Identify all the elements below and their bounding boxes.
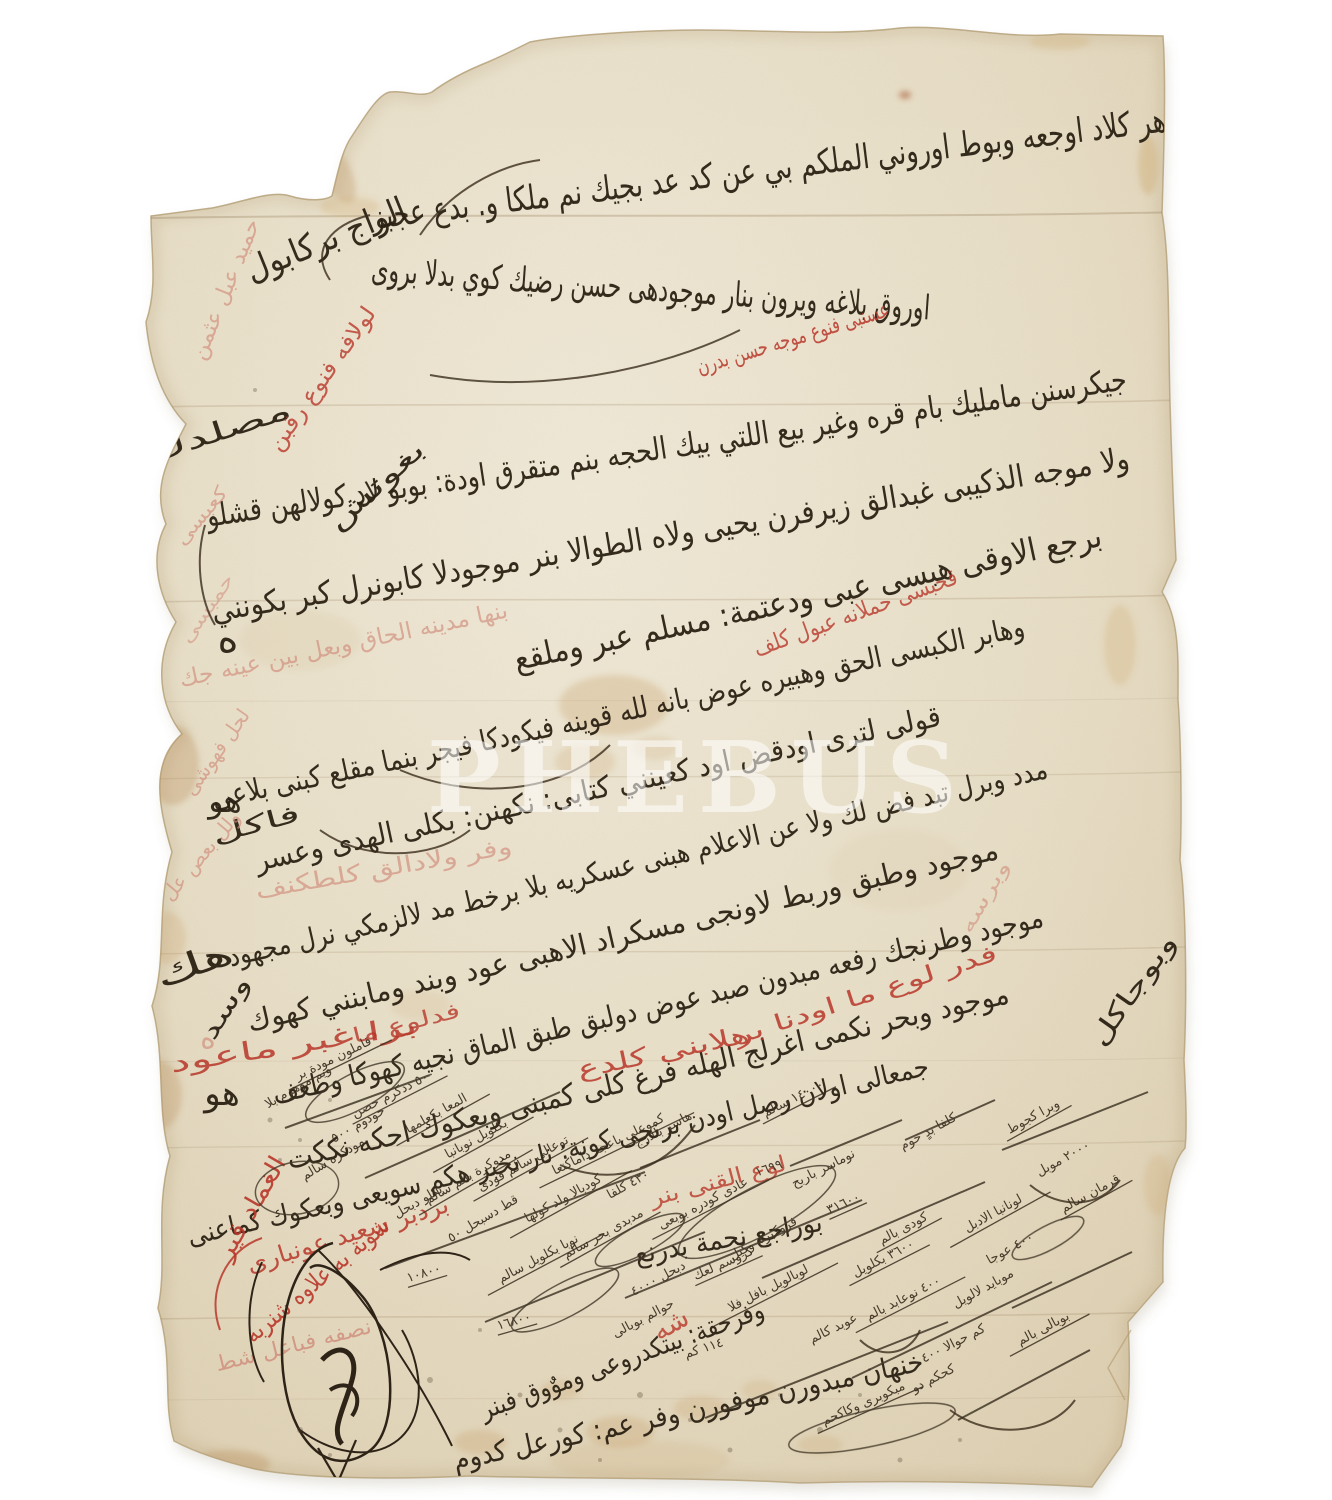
manuscript-photo: هر كلاد اوجعه وبوط اوروني الملكم بي عن ك…	[0, 0, 1332, 1500]
phebus-watermark: PHEBUS	[427, 721, 967, 836]
red-note-20: ه	[200, 1021, 216, 1056]
margin-left-1: هو	[202, 1074, 240, 1114]
